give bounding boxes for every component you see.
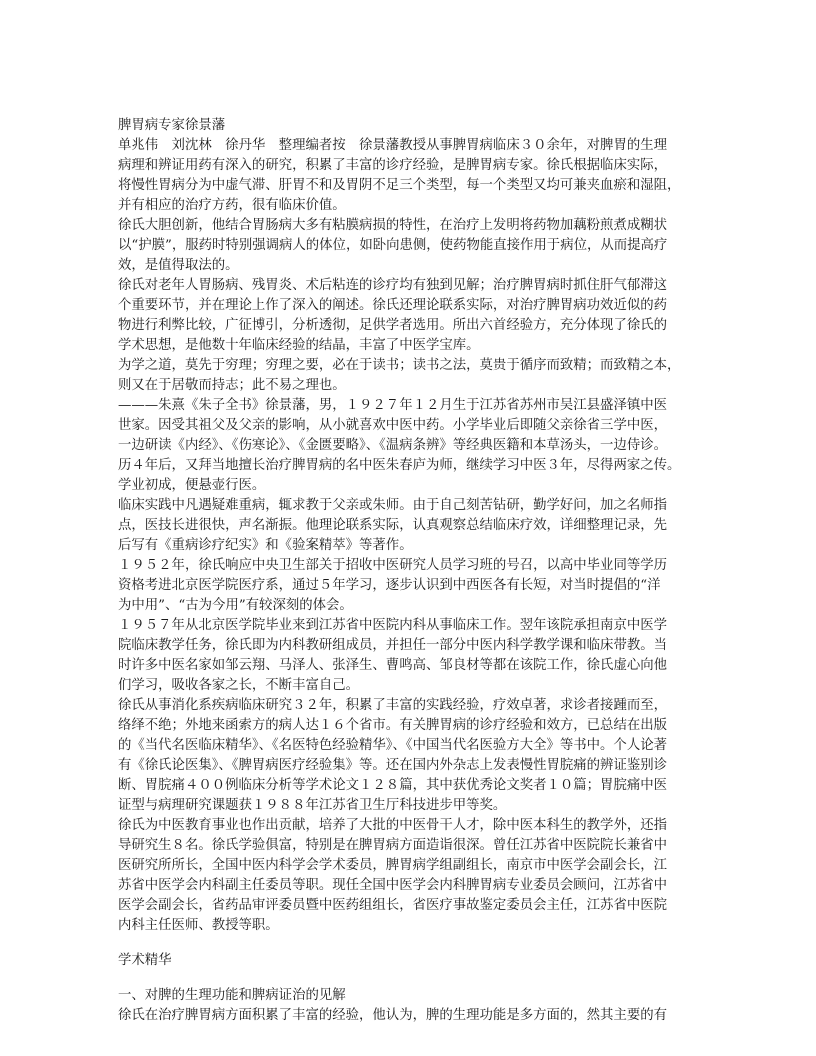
- paragraph-line: 有《徐氏论医集》、《脾胃病医疗经验集》等。还在国内外杂志上发表慢性胃脘痛的辨证鉴…: [118, 756, 708, 776]
- paragraph-line: 学术思想，是他数十年临床经验的结晶，丰富了中医学宝库。: [118, 336, 708, 356]
- paragraph-line: 临床实践中凡遇疑难重病，辄求教于父亲或朱师。由于自己刻苦钻研，勤学好问，加之名师…: [118, 496, 708, 516]
- paragraph-line: 个重要环节，并在理论上作了深入的阐述。徐氏还理论联系实际，对治疗脾胃病功效近似的…: [118, 296, 708, 316]
- spacer: [118, 971, 708, 986]
- document-page: 脾胃病专家徐景藩 单兆伟 刘沈林 徐丹华 整理编者按 徐景藩教授从事脾胃病临床３…: [118, 116, 708, 1026]
- paragraph-line: 徐氏大胆创新，他结合胃肠病大多有粘膜病损的特性，在治疗上发明将药物加藕粉煎煮成糊…: [118, 216, 708, 236]
- paragraph-line: 一边研读《内经》、《伤寒论》、《金匮要略》、《温病条辨》等经典医籍和本草汤头，一…: [118, 436, 708, 456]
- paragraph-line: 并有相应的治疗方药，很有临床价值。: [118, 196, 708, 216]
- paragraph-line: 为中用”、“古为今用”有较深刻的体会。: [118, 596, 708, 616]
- paragraph-line: ———朱熹《朱子全书》徐景藩，男，１９２７年１２月生于江苏省苏州市吴江县盛泽镇中…: [118, 396, 708, 416]
- paragraph-line: 医学会副会长，省药品审评委员暨中医药组组长，省医疗事故鉴定委员会主任，江苏省中医…: [118, 896, 708, 916]
- paragraph-line: １９５７年从北京医学院毕业来到江苏省中医院内科从事临床工作。翌年该院承担南京中医…: [118, 616, 708, 636]
- paragraph-line: 为学之道，莫先于穷理；穷理之要，必在于读书；读书之法，莫贵于循序而致精；而致精之…: [118, 356, 708, 376]
- paragraph-line: 以“护膜”，服药时特别强调病人的体位，如卧向患侧，使药物能直接作用于病位，从而提…: [118, 236, 708, 256]
- spacer: [118, 936, 708, 951]
- paragraph-line: 们学习，吸收各家之长，不断丰富自己。: [118, 676, 708, 696]
- paragraph-line: 导研究生８名。徐氏学验俱富，特别是在脾胃病方面造诣很深。曾任江苏省中医院院长兼省…: [118, 836, 708, 856]
- paragraph: １９５２年，徐氏响应中央卫生部关于招收中医研究人员学习班的号召，以高中毕业同等学…: [118, 556, 708, 616]
- paragraph: 单兆伟 刘沈林 徐丹华 整理编者按 徐景藩教授从事脾胃病临床３０余年，对脾胃的生…: [118, 136, 708, 216]
- paragraph-line: 证型与病理研究课题获１９８８年江苏省卫生厅科技进步甲等奖。: [118, 796, 708, 816]
- subsection-title: 一、对脾的生理功能和脾病证治的见解: [118, 986, 708, 1006]
- paragraph-line: 院临床教学任务，徐氏即为内科教研组成员，并担任一部分中医内科学教学课和临床带教。…: [118, 636, 708, 656]
- paragraph-line: 学业初成，便悬壶行医。: [118, 476, 708, 496]
- paragraph-line: 世家。因受其祖父及父亲的影响，从小就喜欢中医中药。小学毕业后即随父亲徐省三学中医…: [118, 416, 708, 436]
- paragraph: 徐氏从事消化系疾病临床研究３２年，积累了丰富的实践经验，疗效卓著，求诊者接踵而至…: [118, 696, 708, 816]
- paragraph: 徐氏为中医教育事业也作出贡献，培养了大批的中医骨干人才，除中医本科生的教学外，还…: [118, 816, 708, 936]
- paragraph: 为学之道，莫先于穷理；穷理之要，必在于读书；读书之法，莫贵于循序而致精；而致精之…: [118, 356, 708, 396]
- paragraph-line: 的《当代名医临床精华》、《名医特色经验精华》、《中国当代名医验方大全》等书中。个…: [118, 736, 708, 756]
- paragraph-line: 断、胃脘痛４００例临床分析等学术论文１２８篇，其中获优秀论文奖者１０篇；胃脘痛中…: [118, 776, 708, 796]
- paragraph: ———朱熹《朱子全书》徐景藩，男，１９２７年１２月生于江苏省苏州市吴江县盛泽镇中…: [118, 396, 708, 496]
- paragraph-line: 资格考进北京医学院医疗系，通过５年学习，逐步认识到中西医各有长短，对当时提倡的“…: [118, 576, 708, 596]
- paragraph-line: 徐氏为中医教育事业也作出贡献，培养了大批的中医骨干人才，除中医本科生的教学外，还…: [118, 816, 708, 836]
- paragraph-line: １９５２年，徐氏响应中央卫生部关于招收中医研究人员学习班的号召，以高中毕业同等学…: [118, 556, 708, 576]
- document-title: 脾胃病专家徐景藩: [118, 116, 708, 136]
- paragraph-line: 物进行利弊比较，广征博引，分析透彻，足供学者选用。所出六首经验方，充分体现了徐氏…: [118, 316, 708, 336]
- paragraph: 徐氏大胆创新，他结合胃肠病大多有粘膜病损的特性，在治疗上发明将药物加藕粉煎煮成糊…: [118, 216, 708, 276]
- document-body: 单兆伟 刘沈林 徐丹华 整理编者按 徐景藩教授从事脾胃病临床３０余年，对脾胃的生…: [118, 136, 708, 936]
- section-title: 学术精华: [118, 951, 708, 971]
- paragraph-line: 则又在于居敬而持志；此不易之理也。: [118, 376, 708, 396]
- paragraph: 临床实践中凡遇疑难重病，辄求教于父亲或朱师。由于自己刻苦钻研，勤学好问，加之名师…: [118, 496, 708, 556]
- paragraph-line: 病理和辨证用药有深入的研究，积累了丰富的诊疗经验，是脾胃病专家。徐氏根据临床实际…: [118, 156, 708, 176]
- paragraph-line: 单兆伟 刘沈林 徐丹华 整理编者按 徐景藩教授从事脾胃病临床３０余年，对脾胃的生…: [118, 136, 708, 156]
- paragraph-line: 点，医技长进很快，声名渐振。他理论联系实际，认真观察总结临床疗效，详细整理记录，…: [118, 516, 708, 536]
- paragraph: 徐氏对老年人胃肠病、残胃炎、术后粘连的诊疗均有独到见解；治疗脾胃病时抓住肝气郁滞…: [118, 276, 708, 356]
- paragraph-line: 徐氏对老年人胃肠病、残胃炎、术后粘连的诊疗均有独到见解；治疗脾胃病时抓住肝气郁滞…: [118, 276, 708, 296]
- paragraph-line: 将慢性胃病分为中虚气滞、肝胃不和及胃阴不足三个类型，每一个类型又均可兼夹血瘀和湿…: [118, 176, 708, 196]
- paragraph-line: 历４年后，又拜当地擅长治疗脾胃病的名中医朱春庐为师，继续学习中医３年，尽得两家之…: [118, 456, 708, 476]
- subsection-first-line: 徐氏在治疗脾胃病方面积累了丰富的经验，他认为，脾的生理功能是多方面的，然其主要的…: [118, 1006, 708, 1026]
- paragraph-line: 内科主任医师、教授等职。: [118, 916, 708, 936]
- paragraph-line: 后写有《重病诊疗纪实》和《验案精萃》等著作。: [118, 536, 708, 556]
- paragraph-line: 徐氏从事消化系疾病临床研究３２年，积累了丰富的实践经验，疗效卓著，求诊者接踵而至…: [118, 696, 708, 716]
- paragraph-line: 苏省中医学会内科副主任委员等职。现任全国中医学会内科脾胃病专业委员会顾问，江苏省…: [118, 876, 708, 896]
- paragraph: １９５７年从北京医学院毕业来到江苏省中医院内科从事临床工作。翌年该院承担南京中医…: [118, 616, 708, 696]
- paragraph-line: 络绎不绝；外地来函索方的病人达１６个省市。有关脾胃病的诊疗经验和效方，已总结在出…: [118, 716, 708, 736]
- paragraph-line: 医研究所所长，全国中医内科学会学术委员，脾胃病学组副组长，南京市中医学会副会长，…: [118, 856, 708, 876]
- paragraph-line: 效，是值得取法的。: [118, 256, 708, 276]
- paragraph-line: 时许多中医名家如邹云翔、马泽人、张泽生、曹鸣高、邹良材等都在该院工作，徐氏虚心向…: [118, 656, 708, 676]
